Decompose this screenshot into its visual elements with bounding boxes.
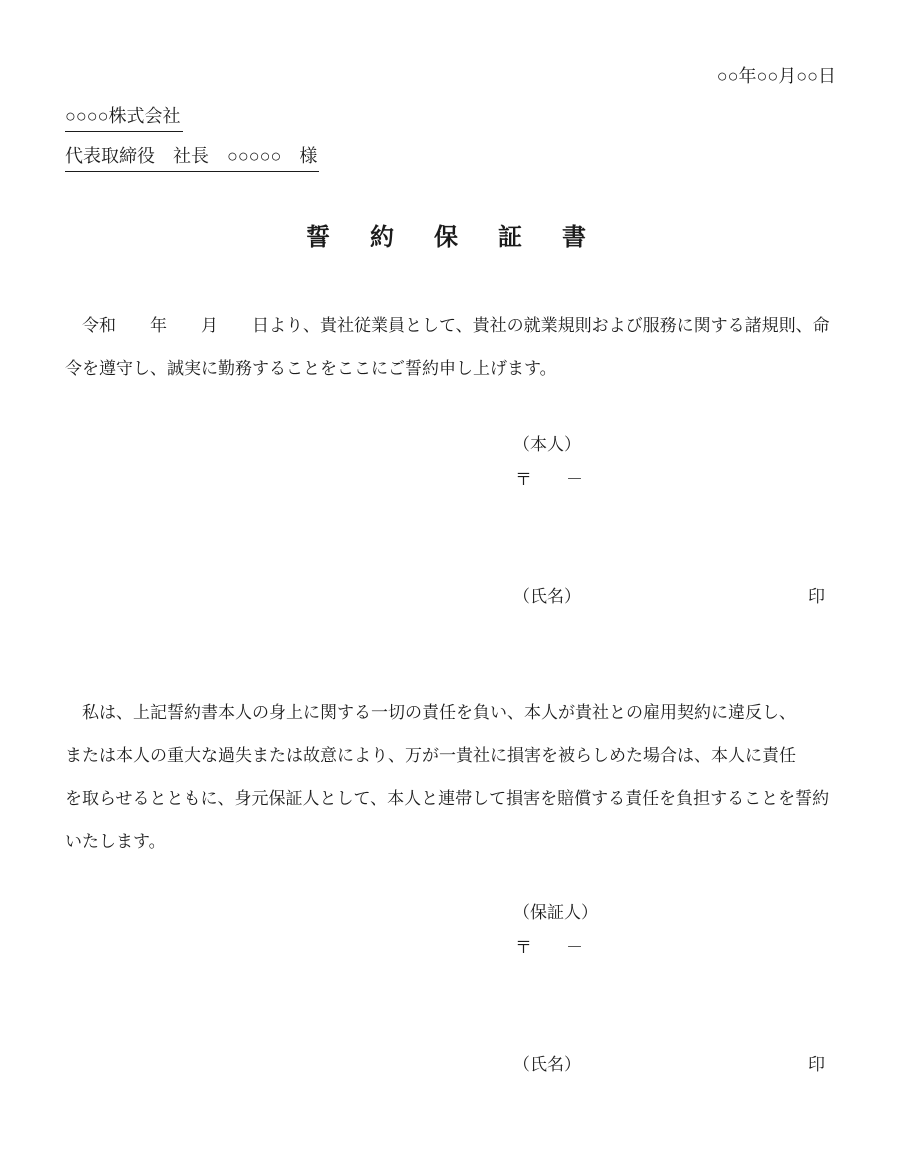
document-page: ○○年○○月○○日 ○○○○株式会社 代表取締役 社長 ○○○○○ 様 誓 約 … <box>0 0 900 1155</box>
principal-name-label: （氏名） <box>513 585 581 609</box>
principal-postal-code-field: 〒 － <box>515 468 583 492</box>
guarantor-name-label: （氏名） <box>513 1053 581 1077</box>
guarantee-paragraph: 私は、上記誓約書本人の身上に関する一切の責任を負い、本人が貴社との雇用契約に違反… <box>65 691 829 863</box>
principal-seal-mark: 印 <box>808 585 825 609</box>
document-date: ○○年○○月○○日 <box>717 64 836 88</box>
addressee-company-name: ○○○○株式会社 <box>65 104 183 132</box>
principal-name-row: （氏名） 印 <box>513 585 825 609</box>
pledge-paragraph: 令和 年 月 日より、貴社従業員として、貴社の就業規則および服務に関する諸規則、… <box>65 304 830 390</box>
guarantor-postal-code-field: 〒 － <box>515 936 583 960</box>
guarantor-role-label: （保証人） <box>513 901 598 925</box>
principal-role-label: （本人） <box>513 433 581 457</box>
addressee-representative-name: 代表取締役 社長 ○○○○○ 様 <box>65 144 319 172</box>
guarantor-name-row: （氏名） 印 <box>513 1053 825 1077</box>
guarantor-seal-mark: 印 <box>808 1053 825 1077</box>
document-title: 誓 約 保 証 書 <box>0 222 900 254</box>
